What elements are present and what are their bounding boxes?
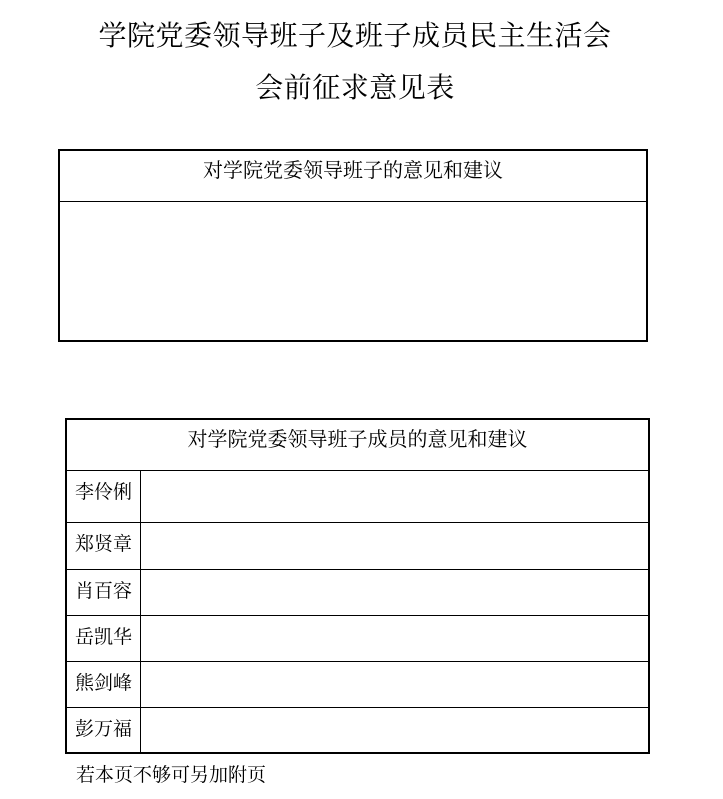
leadership-feedback-table: 对学院党委领导班子的意见和建议: [58, 149, 648, 342]
member-comment-field[interactable]: [141, 570, 648, 615]
footer-note: 若本页不够可另加附页: [76, 762, 266, 788]
member-name: 肖百容: [67, 570, 141, 615]
member-row: 肖百容: [67, 570, 648, 616]
member-name: 彭万福: [67, 708, 141, 752]
member-name: 郑贤章: [67, 523, 141, 569]
member-row: 岳凯华: [67, 616, 648, 662]
member-comment-field[interactable]: [141, 616, 648, 661]
member-comment-field[interactable]: [141, 708, 648, 752]
document-page: 学院党委领导班子及班子成员民主生活会 会前征求意见表 对学院党委领导班子的意见和…: [0, 0, 723, 799]
leadership-feedback-header: 对学院党委领导班子的意见和建议: [60, 151, 646, 202]
member-row: 李伶俐: [67, 471, 648, 523]
member-name: 岳凯华: [67, 616, 141, 661]
member-row: 郑贤章: [67, 523, 648, 570]
leadership-feedback-field[interactable]: [60, 202, 646, 340]
member-comment-field[interactable]: [141, 662, 648, 707]
member-name: 熊剑峰: [67, 662, 141, 707]
members-feedback-table: 对学院党委领导班子成员的意见和建议 李伶俐 郑贤章 肖百容 岳凯华 熊剑峰 彭万…: [65, 418, 650, 754]
member-name: 李伶俐: [67, 471, 141, 522]
member-row: 熊剑峰: [67, 662, 648, 708]
document-title-line1: 学院党委领导班子及班子成员民主生活会: [0, 18, 710, 54]
member-comment-field[interactable]: [141, 471, 648, 522]
document-title-line2: 会前征求意见表: [0, 70, 710, 106]
member-comment-field[interactable]: [141, 523, 648, 569]
members-feedback-header: 对学院党委领导班子成员的意见和建议: [67, 420, 648, 471]
member-row: 彭万福: [67, 708, 648, 752]
